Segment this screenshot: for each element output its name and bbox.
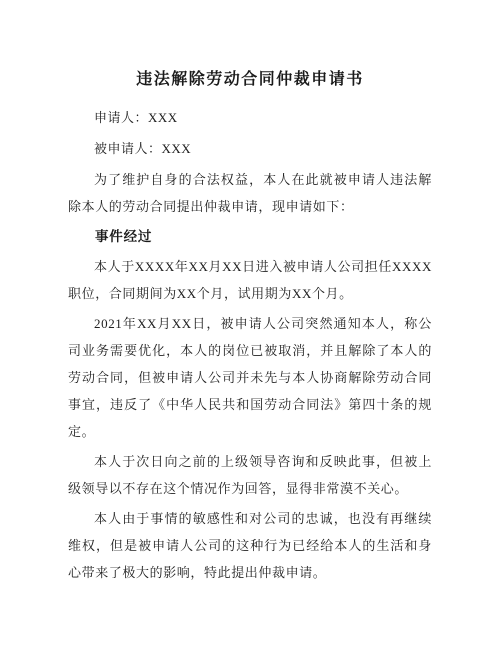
respondent-label: 被申请人： xyxy=(94,141,162,156)
body-paragraph: 2021年XX月XX日，被申请人公司突然通知本人，称公司业务需要优化，本人的岗位… xyxy=(68,310,432,445)
respondent-value: XXX xyxy=(162,141,192,156)
respondent-line: 被申请人：XXX xyxy=(68,135,432,162)
applicant-line: 申请人：XXX xyxy=(68,104,432,131)
body-paragraph: 本人于次日向之前的上级领导咨询和反映此事，但被上级领导以不存在这个情况作为回答，… xyxy=(68,448,432,502)
document-page: 违法解除劳动合同仲裁申请书 申请人：XXX 被申请人：XXX 为了维护自身的合法… xyxy=(0,0,500,647)
body-paragraph: 本人于XXXX年XX月XX日进入被申请人公司担任XXXX职位，合同期间为XX个月… xyxy=(68,253,432,307)
body-paragraph: 本人由于事情的敏感性和对公司的忠诚，也没有再继续维权，但是被申请人公司的这种行为… xyxy=(68,505,432,586)
applicant-value: XXX xyxy=(148,110,178,125)
document-title: 违法解除劳动合同仲裁申请书 xyxy=(68,68,432,92)
applicant-label: 申请人： xyxy=(94,110,148,125)
section-heading-event-course: 事件经过 xyxy=(68,223,432,250)
intro-paragraph: 为了维护自身的合法权益，本人在此就被申请人违法解除本人的劳动合同提出仲裁申请，现… xyxy=(68,166,432,220)
